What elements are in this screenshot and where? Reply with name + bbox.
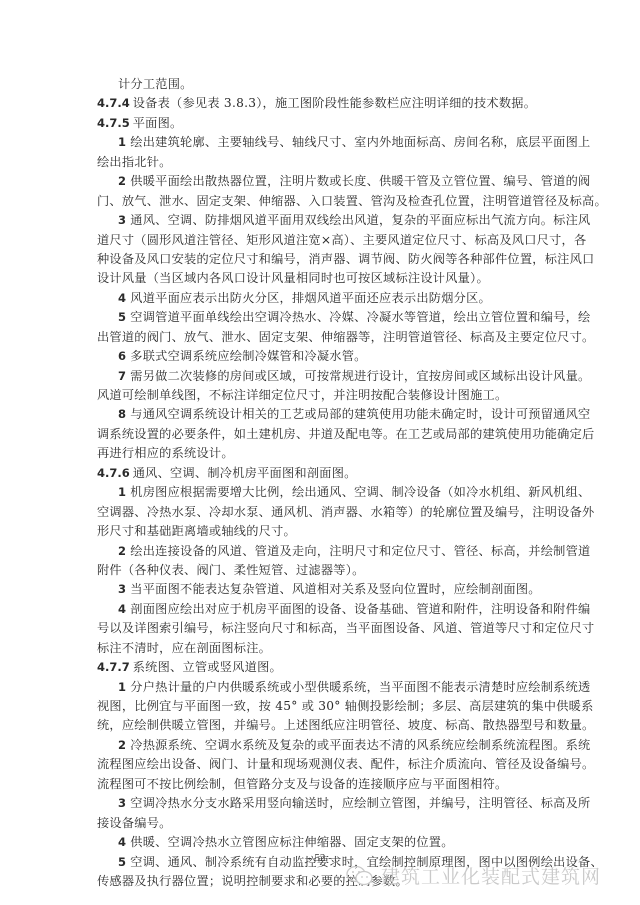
line-text: 标注不清时，应在剖面图标注。 <box>97 641 271 655</box>
item-number: 1 <box>118 135 126 149</box>
list-item: 4供暖、空调冷热水立管图应标注伸缩器、固定支架的位置。 <box>97 833 547 852</box>
list-item: 1机房图应根据需要增大比例，绘出通风、空调、制冷设备（如冷水机组、新风机组、 <box>97 483 547 502</box>
line-text: 机房图应根据需要增大比例，绘出通风、空调、制冷设备（如冷水机组、新风机组、 <box>130 485 590 499</box>
line-text: 设计风量（当区域内各风口设计风量相同时也可按区域标注设计风量）。 <box>97 271 489 285</box>
line-text: 平面图。 <box>133 116 183 130</box>
list-item: 1分户热计量的户内供暖系统或小型供暖系统，当平面图不能表示清楚时应绘制系统透 <box>97 678 547 697</box>
line-text: 分户热计量的户内供暖系统或小型供暖系统，当平面图不能表示清楚时应绘制系统透 <box>130 680 590 694</box>
text-line: 门、放气、泄水、固定支架、伸缩器、入口装置、管沟及检查孔位置，注明管道管径及标高… <box>97 192 547 211</box>
text-line: 标注不清时，应在剖面图标注。 <box>97 639 547 658</box>
line-text: 空调器、冷热水泵、冷却水泵、通风机、消声器、水箱等）的轮廓位置及编号，注明设备外 <box>97 505 595 519</box>
text-line: 统，应绘制供暖立管图，并编号。上述图纸应注明管径、坡度、标高、散热器型号和数量。 <box>97 716 547 735</box>
line-text: 通风、空调、防排烟风道平面用双线绘出风道，复杂的平面应标出气流方向。标注风 <box>130 213 590 227</box>
line-text: 与通风空调系统设计相关的工艺或局部的建筑使用功能未确定时，设计可预留通风空 <box>130 407 590 421</box>
text-line: 流程图可不按比例绘制，但管路分支及与设备的连接顺序应与平面图相符。 <box>97 775 547 794</box>
line-text: 号以及详图索引编号，标注竖向尺寸和标高，当平面图设备、风道、管道等尺寸和定位尺寸 <box>97 621 595 635</box>
text-line: 流程图应绘出设备、阀门、计量和现场观测仪表、配件，标注介质流向、管径及设备编号。 <box>97 755 547 774</box>
line-text: 绘出指北针。 <box>97 155 172 169</box>
list-item: 5空调管道平面单线绘出空调冷热水、冷媒、冷凝水等管道，绘出立管位置和编号，绘 <box>97 308 547 327</box>
text-line: 再进行相应的系统设计。 <box>97 444 547 463</box>
list-item: 3当平面图不能表达复杂管道、风道相对关系及竖向位置时，应绘制剖面图。 <box>97 580 547 599</box>
section-heading: 4.7.7系统图、立管或竖风道图。 <box>97 658 547 677</box>
line-text: 门、放气、泄水、固定支架、伸缩器、入口装置、管沟及检查孔位置，注明管道管径及标高… <box>97 194 607 208</box>
section-number: 4.7.7 <box>97 660 130 674</box>
document-body: 计分工范围。4.7.4设备表（参见表 3.8.3），施工图阶段性能参数栏应注明详… <box>97 75 547 891</box>
line-text: 接设备编号。 <box>97 816 172 830</box>
line-text: 空调管道平面单线绘出空调冷热水、冷媒、冷凝水等管道，绘出立管位置和编号，绘 <box>130 310 590 324</box>
text-line: 计分工范围。 <box>97 75 547 94</box>
line-text: 风道平面应表示出防火分区，排烟风道平面还应表示出防烟分区。 <box>130 291 491 305</box>
text-line: 视图，比例宜与平面图一致，按 45° 或 30° 轴侧投影绘制；多层、高层建筑的… <box>97 697 547 716</box>
line-text: 形尺寸和基础距离墙或轴线的尺寸。 <box>97 524 296 538</box>
text-line: 道尺寸（圆形风道注管径、矩形风道注宽×高）、主要风道定位尺寸、标高及风口尺寸，各 <box>97 231 547 250</box>
list-item: 2供暖平面绘出散热器位置，注明片数或长度、供暖干管及立管位置、编号、管道的阀 <box>97 172 547 191</box>
item-number: 2 <box>118 738 126 752</box>
item-number: 5 <box>118 310 126 324</box>
list-item: 4风道平面应表示出防火分区，排烟风道平面还应表示出防烟分区。 <box>97 289 547 308</box>
line-text: 流程图可不按比例绘制，但管路分支及与设备的连接顺序应与平面图相符。 <box>97 777 507 791</box>
list-item: 3通风、空调、防排烟风道平面用双线绘出风道，复杂的平面应标出气流方向。标注风 <box>97 211 547 230</box>
line-text: 附件（各种仪表、阀门、柔性短管、过滤器等）。 <box>97 563 365 577</box>
line-text: 设备表（参见表 3.8.3），施工图阶段性能参数栏应注明详细的技术数据。 <box>133 96 536 110</box>
item-number: 6 <box>118 349 126 363</box>
item-number: 3 <box>118 582 126 596</box>
item-number: 4 <box>118 291 126 305</box>
text-line: 附件（各种仪表、阀门、柔性短管、过滤器等）。 <box>97 561 547 580</box>
list-item: 8与通风空调系统设计相关的工艺或局部的建筑使用功能未确定时，设计可预留通风空 <box>97 405 547 424</box>
list-item: 3空调冷热水分支水路采用竖向输送时，应绘制立管图，并编号，注明管径、标高及所 <box>97 794 547 813</box>
text-line: 号以及详图索引编号，标注竖向尺寸和标高，当平面图设备、风道、管道等尺寸和定位尺寸 <box>97 619 547 638</box>
text-line: 绘出指北针。 <box>97 153 547 172</box>
wechat-icon <box>345 864 375 888</box>
section-heading: 4.7.5平面图。 <box>97 114 547 133</box>
page-number: - 52 - <box>308 852 332 864</box>
item-number: 3 <box>118 213 126 227</box>
text-line: 设计风量（当区域内各风口设计风量相同时也可按区域标注设计风量）。 <box>97 269 547 288</box>
line-text: 供暖平面绘出散热器位置，注明片数或长度、供暖干管及立管位置、编号、管道的阀 <box>130 174 590 188</box>
line-text: 冷热源系统、空调水系统及复杂的或平面表达不清的风系统应绘制系统流程图。系统 <box>130 738 590 752</box>
line-text: 种设备及风口安装的定位尺寸和编号，消声器、调节阀、防火阀等各种部件位置，标注风口 <box>97 252 595 266</box>
section-heading: 4.7.6通风、空调、制冷机房平面图和剖面图。 <box>97 464 547 483</box>
line-text: 空调冷热水分支水路采用竖向输送时，应绘制立管图，并编号，注明管径、标高及所 <box>130 796 590 810</box>
line-text: 需另做二次装修的房间或区域，可按常规进行设计，宜按房间或区域标出设计风量。 <box>130 369 590 383</box>
line-text: 统，应绘制供暖立管图，并编号。上述图纸应注明管径、坡度、标高、散热器型号和数量。 <box>97 718 595 732</box>
line-text: 出管道的阀门、放气、泄水、固定支架、伸缩器等，注明管道管径、标高及主要定位尺寸。 <box>97 330 595 344</box>
text-line: 种设备及风口安装的定位尺寸和编号，消声器、调节阀、防火阀等各种部件位置，标注风口 <box>97 250 547 269</box>
list-item: 7需另做二次装修的房间或区域，可按常规进行设计，宜按房间或区域标出设计风量。 <box>97 367 547 386</box>
item-number: 1 <box>118 485 126 499</box>
text-line: 形尺寸和基础距离墙或轴线的尺寸。 <box>97 522 547 541</box>
section-number: 4.7.5 <box>97 116 130 130</box>
section-heading: 4.7.4设备表（参见表 3.8.3），施工图阶段性能参数栏应注明详细的技术数据… <box>97 94 547 113</box>
item-number: 1 <box>118 680 126 694</box>
line-text: 绘出建筑轮廓、主要轴线号、轴线尺寸、室内外地面标高、房间名称，底层平面图上 <box>130 135 590 149</box>
line-text: 绘出连接设备的风道、管道及走向，注明尺寸和定位尺寸、管径、标高，并绘制管道 <box>130 544 590 558</box>
item-number: 8 <box>118 407 126 421</box>
text-line: 接设备编号。 <box>97 814 547 833</box>
line-text: 多联式空调系统应绘制冷媒管和冷凝水管。 <box>130 349 366 363</box>
line-text: 流程图应绘出设备、阀门、计量和现场观测仪表、配件，标注介质流向、管径及设备编号。 <box>97 757 595 771</box>
section-number: 4.7.4 <box>97 96 130 110</box>
list-item: 2绘出连接设备的风道、管道及走向，注明尺寸和定位尺寸、管径、标高，并绘制管道 <box>97 542 547 561</box>
line-text: 风道可绘制单线图，不标注详细定位尺寸，并注明按配合装修设计图施工。 <box>97 388 507 402</box>
watermark: 建筑工业化装配式建筑网 <box>345 862 601 889</box>
item-number: 7 <box>118 369 126 383</box>
list-item: 1绘出建筑轮廓、主要轴线号、轴线尺寸、室内外地面标高、房间名称，底层平面图上 <box>97 133 547 152</box>
line-text: 通风、空调、制冷机房平面图和剖面图。 <box>133 466 357 480</box>
line-text: 调系统设置的必要条件，如土建机房、井道及配电等。在工艺或局部的建筑使用功能确定后 <box>97 427 595 441</box>
text-line: 空调器、冷热水泵、冷却水泵、通风机、消声器、水箱等）的轮廓位置及编号，注明设备外 <box>97 503 547 522</box>
item-number: 4 <box>118 835 126 849</box>
line-text: 计分工范围。 <box>118 77 193 91</box>
text-line: 出管道的阀门、放气、泄水、固定支架、伸缩器等，注明管道管径、标高及主要定位尺寸。 <box>97 328 547 347</box>
line-text: 道尺寸（圆形风道注管径、矩形风道注宽×高）、主要风道定位尺寸、标高及风口尺寸，各 <box>97 233 586 247</box>
list-item: 2冷热源系统、空调水系统及复杂的或平面表达不清的风系统应绘制系统流程图。系统 <box>97 736 547 755</box>
line-text: 当平面图不能表达复杂管道、风道相对关系及竖向位置时，应绘制剖面图。 <box>130 582 540 596</box>
line-text: 供暖、空调冷热水立管图应标注伸缩器、固定支架的位置。 <box>130 835 453 849</box>
text-line: 调系统设置的必要条件，如土建机房、井道及配电等。在工艺或局部的建筑使用功能确定后 <box>97 425 547 444</box>
item-number: 5 <box>118 855 126 869</box>
section-number: 4.7.6 <box>97 466 130 480</box>
item-number: 2 <box>118 174 126 188</box>
line-text: 剖面图应绘出对应于机房平面图的设备、设备基础、管道和附件，注明设备和附件编 <box>130 602 590 616</box>
list-item: 6多联式空调系统应绘制冷媒管和冷凝水管。 <box>97 347 547 366</box>
item-number: 3 <box>118 796 126 810</box>
text-line: 风道可绘制单线图，不标注详细定位尺寸，并注明按配合装修设计图施工。 <box>97 386 547 405</box>
item-number: 4 <box>118 602 126 616</box>
line-text: 系统图、立管或竖风道图。 <box>133 660 282 674</box>
line-text: 视图，比例宜与平面图一致，按 45° 或 30° 轴侧投影绘制；多层、高层建筑的… <box>97 699 594 713</box>
item-number: 2 <box>118 544 126 558</box>
watermark-text: 建筑工业化装配式建筑网 <box>381 862 601 889</box>
line-text: 再进行相应的系统设计。 <box>97 446 234 460</box>
list-item: 4剖面图应绘出对应于机房平面图的设备、设备基础、管道和附件，注明设备和附件编 <box>97 600 547 619</box>
